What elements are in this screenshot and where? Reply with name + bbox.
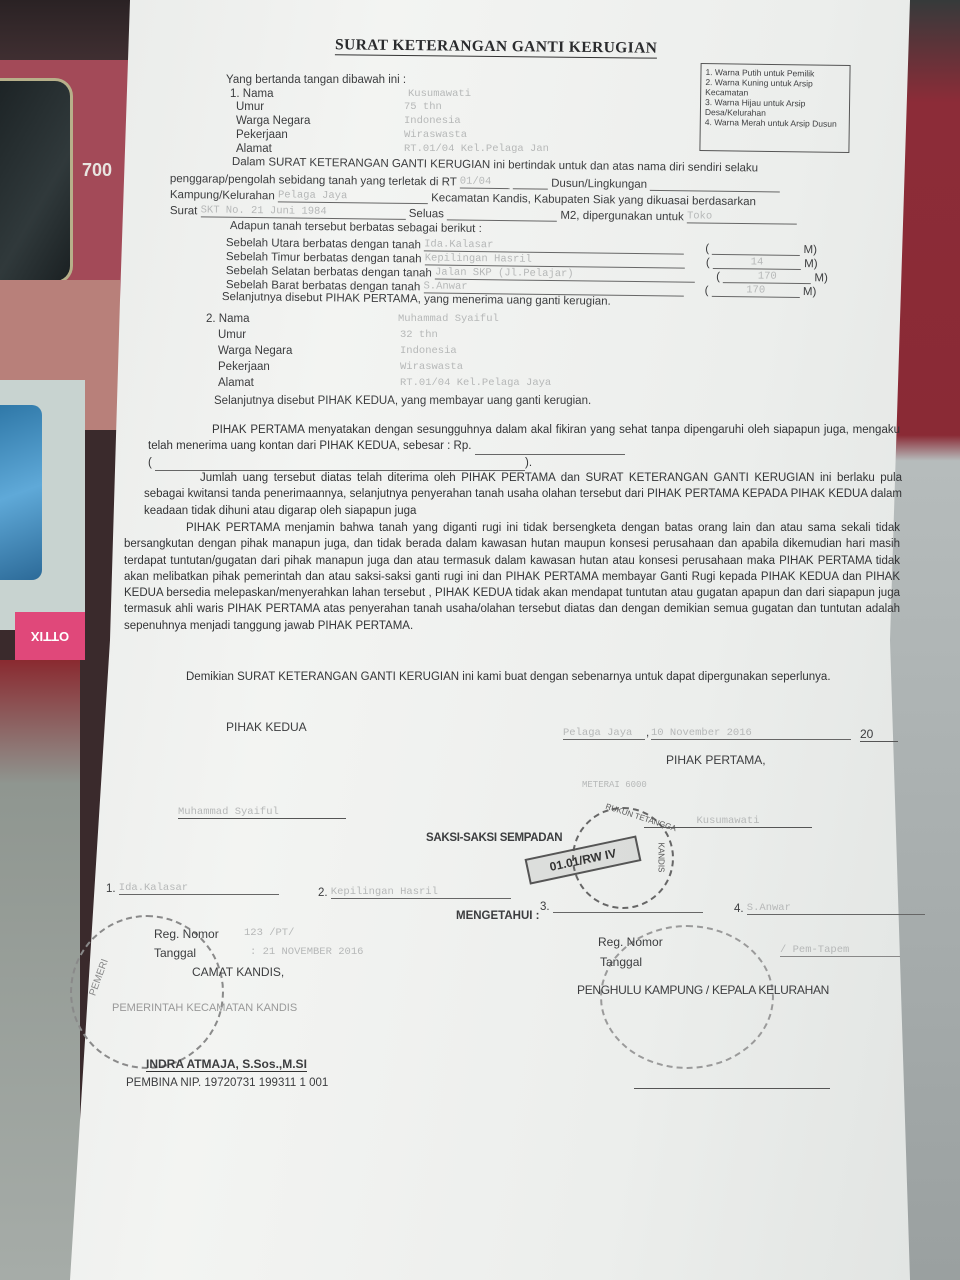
dusun-field[interactable]: [650, 178, 780, 193]
witness-number: 4.: [734, 903, 744, 915]
party2-field-value: RT.01/04 Kel.Pelaga Jaya: [400, 377, 551, 389]
kampung-field[interactable]: Pelaga Jaya: [278, 189, 428, 204]
boundary-label: Sebelah Utara berbatas dengan tanah: [226, 237, 421, 251]
party1-field-value: Indonesia: [404, 115, 461, 127]
party2-name-value: Muhammad Syaiful: [398, 313, 499, 325]
witness-signature: Ida.Kalasar: [119, 882, 279, 895]
camat-title: CAMAT KANDIS,: [192, 965, 284, 979]
party2-field-value: Wiraswasta: [400, 361, 463, 373]
party2-closing: Selanjutnya disebut PIHAK KEDUA, yang me…: [214, 395, 591, 407]
witness-number: 2.: [318, 887, 328, 899]
year-suffix: 20: [860, 727, 898, 742]
place-field: Pelaga Jaya: [563, 727, 645, 740]
party1-field-label: Warga Negara: [236, 115, 310, 127]
witness-entry: 2. Kepilingan Hasril: [318, 886, 511, 899]
intro-text: Yang bertanda tangan dibawah ini :: [226, 74, 406, 86]
statement-paragraph-2: Jumlah uang tersebut diatas telah diteri…: [144, 470, 902, 519]
witness-signature: S.Anwar: [747, 902, 925, 915]
pihak-kedua-signature: Muhammad Syaiful: [178, 806, 346, 819]
party1-field-label: Umur: [236, 101, 264, 113]
statement-paragraph-1: PIHAK PERTAMA menyatakan dengan sesunggu…: [148, 422, 900, 471]
copy-color-legend: 1. Warna Putih untuk Pemilik 2. Warna Ku…: [699, 63, 850, 153]
area-field[interactable]: [447, 207, 557, 221]
camat-date-label: Tanggal: [154, 946, 196, 960]
witness-number: 3.: [540, 901, 550, 913]
legend-item: 4. Warna Merah untuk Arsip Dusun: [705, 117, 845, 129]
party2-field-label: Warga Negara: [218, 345, 292, 357]
camat-nip: PEMBINA NIP. 19720731 199311 1 001: [126, 1077, 328, 1089]
camat-date-value: : 21 NOVEMBER 2016: [250, 946, 363, 958]
date-field: 10 November 2016: [651, 727, 851, 740]
party1-name-label: 1. Nama: [230, 88, 273, 100]
amount-words-field[interactable]: [155, 458, 525, 471]
pihak-pertama-label: PIHAK PERTAMA,: [666, 753, 766, 767]
boundaries-heading: Adapun tanah tersebut berbatas sebagai b…: [230, 220, 482, 235]
party2-field-value: 32 thn: [400, 329, 438, 341]
boundary-unit: M): [814, 272, 828, 284]
amount-field[interactable]: [475, 442, 625, 455]
rt-stamp: RUKUN TETANGGA 01.01/RW IV KANDIS: [572, 807, 674, 909]
witness-entry: 4. S.Anwar: [734, 902, 925, 915]
boundary-unit: M): [803, 244, 817, 256]
party2-field-label: Umur: [218, 329, 246, 341]
camat-reg-value: 123 /PT/: [244, 927, 294, 939]
pihak-kedua-label: PIHAK KEDUA: [226, 720, 307, 734]
boundary-label: Sebelah Timur berbatas dengan tanah: [226, 251, 422, 265]
party2-field-label: Alamat: [218, 377, 254, 389]
party1-field-value: Wiraswasta: [404, 129, 467, 141]
penghulu-date-label: Tanggal: [600, 955, 642, 969]
rt-field[interactable]: 01/04: [460, 176, 510, 190]
document: SURAT KETERANGAN GANTI KERUGIAN Yang ber…: [0, 0, 960, 1280]
party1-field-value: 75 thn: [404, 101, 442, 113]
legend-item: 2. Warna Kuning untuk Arsip Kecamatan: [705, 77, 845, 99]
camat-name: INDRA ATMAJA, S.Sos.,M.SI: [146, 1057, 307, 1072]
penghulu-reg-label: Reg. Nomor: [598, 935, 663, 949]
penghulu-signature-line: [634, 1087, 830, 1089]
boundary-length-field[interactable]: 14: [713, 256, 801, 270]
main-paragraph-line1: Dalam SURAT KETERANGAN GANTI KERUGIAN in…: [232, 156, 758, 174]
party2-name-label: 2. Nama: [206, 313, 249, 325]
party2-field-value: Indonesia: [400, 345, 457, 357]
party1-field-label: Alamat: [236, 143, 272, 155]
party1-field-value: RT.01/04 Kel.Pelaga Jan: [404, 143, 549, 155]
party1-name-value: Kusumawati: [408, 88, 471, 100]
boundary-length-field[interactable]: 170: [723, 270, 811, 284]
statement-paragraph-4: Demikian SURAT KETERANGAN GANTI KERUGIAN…: [96, 669, 898, 685]
acknowledged-label: MENGETAHUI :: [456, 910, 539, 922]
surat-field[interactable]: SKT No. 21 Juni 1984: [201, 204, 406, 220]
boundary-label: Sebelah Selatan berbatas dengan tanah: [226, 265, 432, 280]
boundary-unit: M): [804, 258, 818, 270]
use-field[interactable]: Toko: [687, 210, 797, 224]
camat-reg-label: Reg. Nomor: [154, 927, 219, 941]
party2-field-label: Pekerjaan: [218, 361, 270, 373]
materai-stamp: METERAI 6000: [582, 780, 647, 790]
penghulu-reg-value: / Pem-Tapem: [780, 944, 900, 957]
witness-signature: Kepilingan Hasril: [331, 886, 511, 899]
witness-number: 1.: [106, 883, 116, 895]
legend-item: 3. Warna Hijau untuk Arsip Desa/Keluraha…: [705, 97, 845, 119]
witness-entry: 1. Ida.Kalasar: [106, 882, 279, 895]
statement-paragraph-3: PIHAK PERTAMA menjamin bahwa tanah yang …: [124, 520, 900, 634]
document-title: SURAT KETERANGAN GANTI KERUGIAN: [335, 36, 657, 58]
witnesses-heading: SAKSI-SAKSI SEMPADAN: [426, 832, 562, 844]
party1-field-label: Pekerjaan: [236, 129, 288, 141]
penghulu-title: PENGHULU KAMPUNG / KEPALA KELURAHAN: [577, 983, 829, 997]
boundary-length-field[interactable]: 170: [712, 284, 800, 298]
boundary-unit: M): [803, 286, 817, 298]
boundary-length-field[interactable]: [712, 242, 800, 256]
